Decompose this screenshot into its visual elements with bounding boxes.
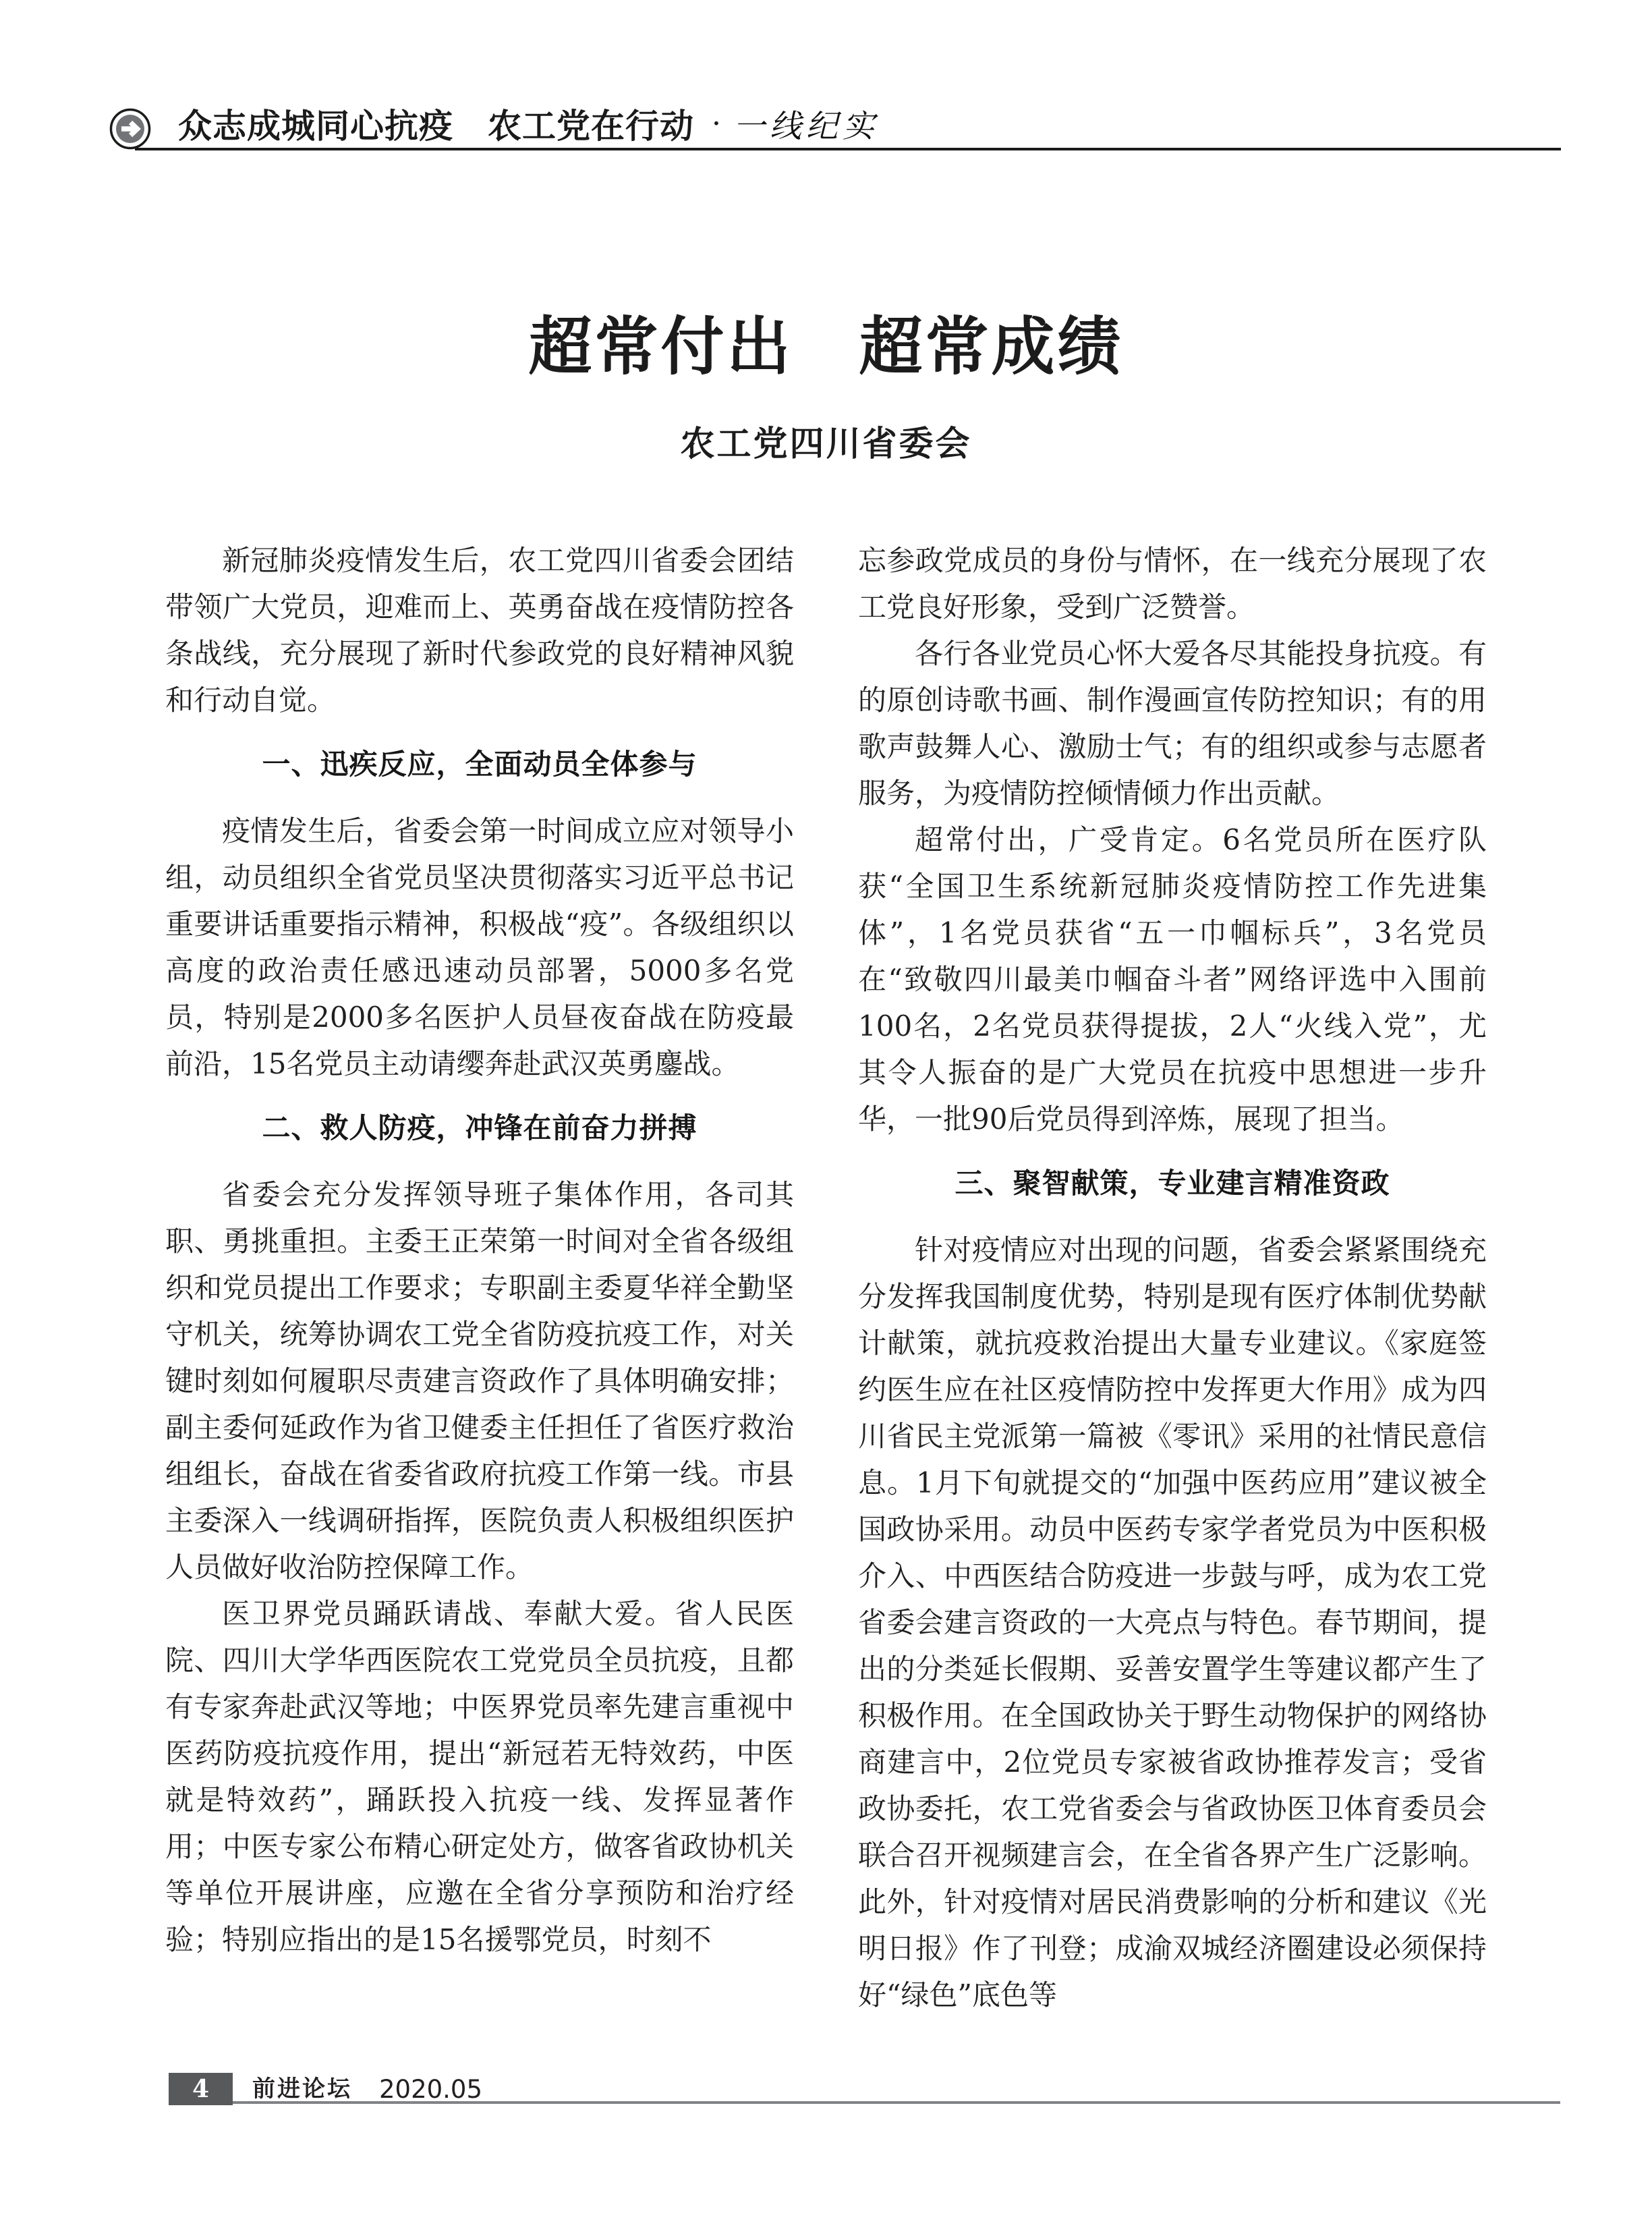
page-number: 4 (192, 2075, 209, 2103)
footer-rule (233, 2101, 1560, 2104)
section-heading-2: 二、救人防疫，冲锋在前奋力拼搏 (165, 1105, 794, 1151)
right-column: 忘参政党成员的身份与情怀，在一线充分展现了农工党良好形象，受到广泛赞誉。 各行各… (858, 537, 1487, 2018)
journal-issue: 2020.05 (379, 2073, 482, 2105)
article-author: 农工党四川省委会 (88, 416, 1564, 466)
arrow-right-circle-icon (109, 107, 152, 150)
left-column: 新冠肺炎疫情发生后，农工党四川省委会团结带领广大党员，迎难而上、英勇奋战在疫情防… (165, 537, 794, 1963)
paragraph-section1: 疫情发生后，省委会第一时间成立应对领导小组，动员组织全省党员坚决贯彻落实习近平总… (165, 808, 794, 1087)
header-banner: 众志成城同心抗疫 农工党在行动 · 一线纪实 (178, 101, 879, 146)
banner-tagline: 一线纪实 (733, 101, 879, 146)
article-title: 超常付出 超常成绩 (88, 296, 1564, 387)
paragraph-section2-b: 医卫界党员踊跃请战、奉献大爱。省人民医院、四川大学华西医院农工党党员全员抗疫，且… (165, 1590, 794, 1963)
magazine-page: 众志成城同心抗疫 农工党在行动 · 一线纪实 超常付出 超常成绩 农工党四川省委… (0, 0, 1652, 2226)
page-number-badge: 4 (169, 2073, 233, 2105)
section-heading-3: 三、聚智献策，专业建言精准资政 (858, 1160, 1487, 1206)
paragraph-section3: 针对疫情应对出现的问题，省委会紧紧围绕充分发挥我国制度优势，特别是现有医疗体制优… (858, 1227, 1487, 2018)
banner-slogan: 众志成城同心抗疫 农工党在行动 (178, 99, 694, 148)
paragraph-section2-b-continued: 忘参政党成员的身份与情怀，在一线充分展现了农工党良好形象，受到广泛赞誉。 (858, 537, 1487, 630)
paragraph-section2-c: 各行各业党员心怀大爱各尽其能投身抗疫。有的原创诗歌书画、制作漫画宣传防控知识；有… (858, 630, 1487, 816)
header-rule (135, 148, 1561, 150)
section-heading-1: 一、迅疾反应，全面动员全体参与 (165, 741, 794, 787)
journal-name: 前进论坛 (252, 2073, 352, 2105)
paragraph-intro: 新冠肺炎疫情发生后，农工党四川省委会团结带领广大党员，迎难而上、英勇奋战在疫情防… (165, 537, 794, 723)
paragraph-section2-d: 超常付出，广受肯定。6名党员所在医疗队获“全国卫生系统新冠肺炎疫情防控工作先进集… (858, 816, 1487, 1142)
banner-separator-dot: · (712, 107, 721, 141)
paragraph-section2-a: 省委会充分发挥领导班子集体作用，各司其职、勇挑重担。主委王正荣第一时间对全省各级… (165, 1171, 794, 1590)
